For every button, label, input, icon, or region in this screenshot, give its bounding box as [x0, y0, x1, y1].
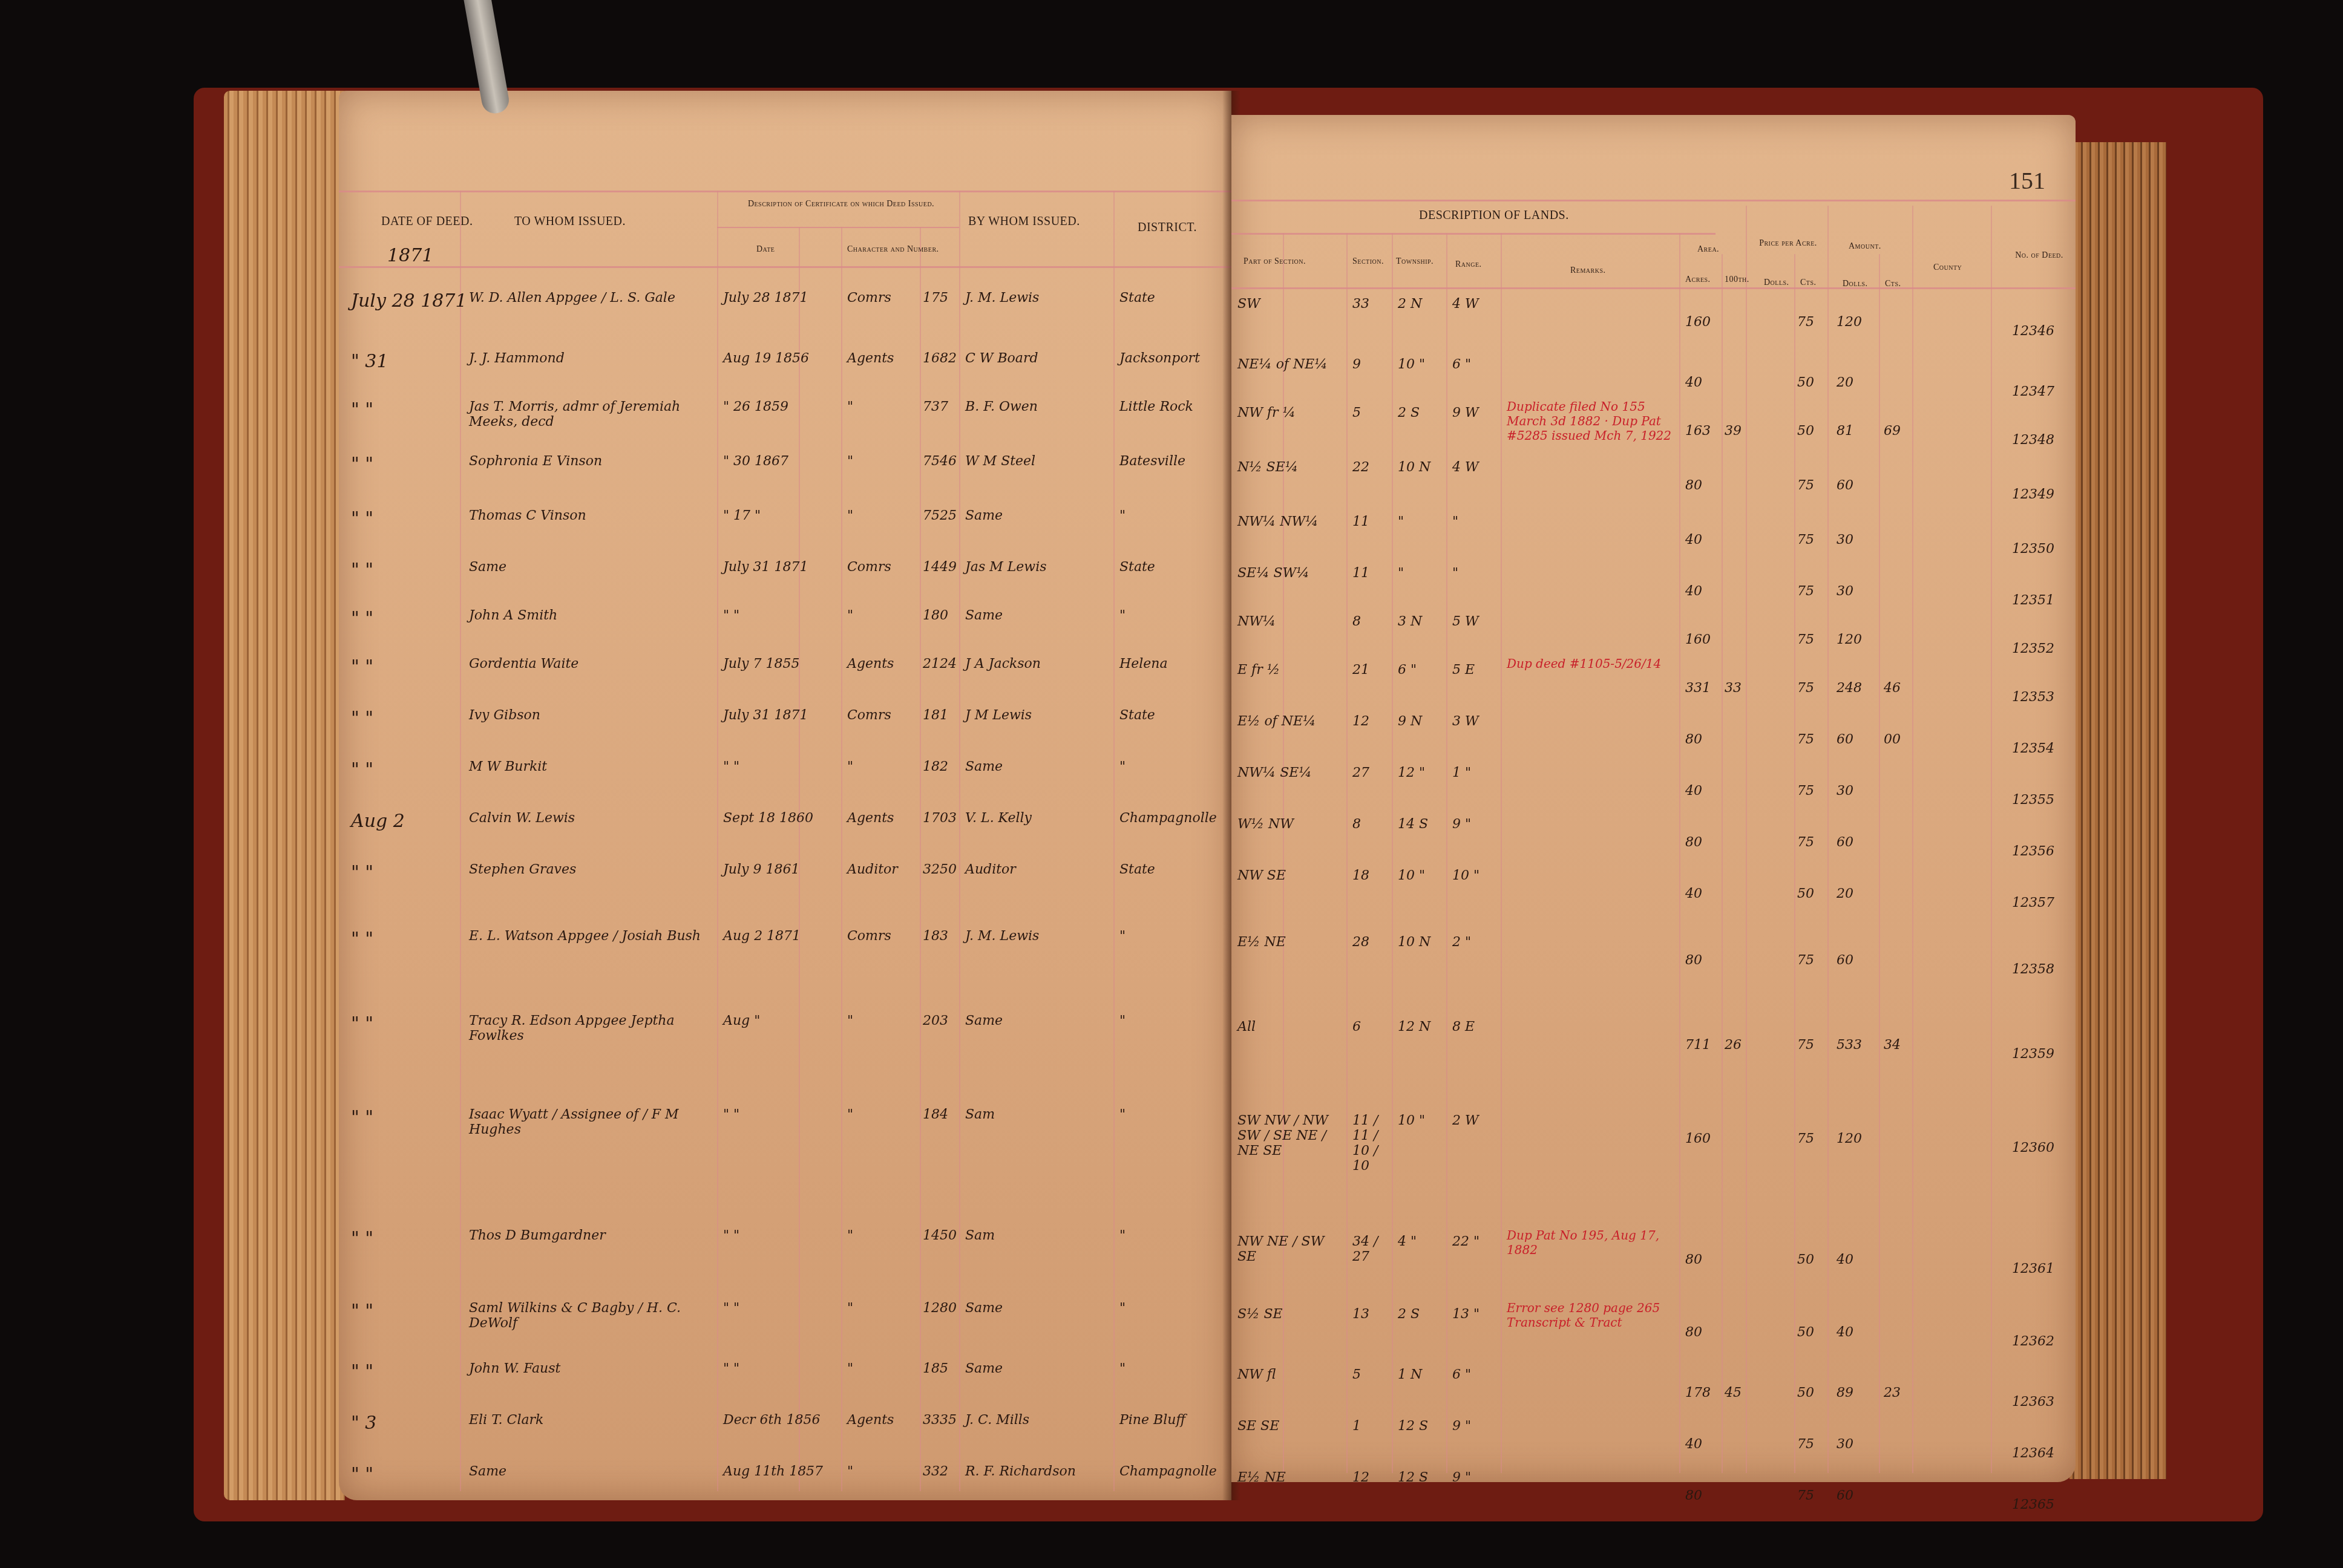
header-district: DISTRICT. — [1138, 221, 1197, 235]
certificate-type: Comrs — [847, 708, 891, 723]
col-rule — [1113, 191, 1115, 1491]
grantee-name: Gordentia Waite — [469, 656, 711, 671]
deed-date: " " — [351, 759, 373, 780]
deed-number: 12352 — [2012, 641, 2054, 656]
col-rule — [1346, 233, 1348, 1473]
certificate-number: 181 — [923, 708, 948, 723]
issued-by: J. M. Lewis — [965, 929, 1039, 944]
township: 2 S — [1398, 405, 1420, 420]
section: 34 / 27 — [1352, 1234, 1389, 1264]
certificate-number: 203 — [923, 1013, 948, 1028]
certificate-date: Aug " — [723, 1013, 760, 1028]
area-acres: 40 — [1685, 532, 1702, 547]
price-per-acre: 75 — [1797, 478, 1814, 493]
header-cert-date: Date — [756, 245, 775, 255]
area-hundredths: 26 — [1725, 1037, 1742, 1053]
col-rule — [1912, 206, 1913, 1473]
header-acres: Acres. — [1685, 275, 1711, 285]
deed-number: 12346 — [2012, 324, 2054, 339]
amount-dollars: 120 — [1837, 1131, 1862, 1146]
certificate-type: Agents — [847, 811, 894, 826]
certificate-date: " 30 1867 — [723, 454, 788, 469]
header-amount-dolls: Dolls. — [1843, 279, 1868, 289]
certificate-number: 332 — [923, 1464, 948, 1479]
part-of-section: E½ of NE¼ — [1237, 714, 1343, 729]
deed-number: 12356 — [2012, 844, 2054, 859]
range: 1 " — [1452, 765, 1471, 780]
price-per-acre: 75 — [1797, 1488, 1814, 1503]
range: 5 W — [1452, 614, 1479, 629]
deed-number: 12365 — [2012, 1497, 2054, 1512]
amount-dollars: 20 — [1837, 886, 1853, 901]
header-rule-top — [1231, 200, 2076, 201]
price-per-acre: 75 — [1797, 584, 1814, 599]
range: 2 W — [1452, 1113, 1479, 1128]
section: 11 / 11 / 10 / 10 — [1352, 1113, 1389, 1174]
price-per-acre: 75 — [1797, 1437, 1814, 1452]
part-of-section: E½ NE — [1237, 935, 1343, 950]
left-page: DATE OF DEED. TO WHOM ISSUED. Descriptio… — [339, 91, 1231, 1500]
header-area: Area. — [1697, 245, 1719, 255]
certificate-number: 185 — [923, 1361, 948, 1376]
district: Pine Bluff — [1119, 1413, 1185, 1428]
certificate-type: Auditor — [847, 862, 898, 877]
part-of-section: NE¼ of NE¼ — [1237, 357, 1343, 372]
amount-cents: 69 — [1884, 423, 1901, 439]
amount-dollars: 89 — [1837, 1385, 1853, 1400]
range: 5 E — [1452, 662, 1475, 678]
deed-date: " " — [351, 1107, 373, 1128]
township: 10 N — [1398, 935, 1430, 950]
district: " — [1119, 1361, 1126, 1376]
range: 9 " — [1452, 1419, 1471, 1434]
range: 9 W — [1452, 405, 1479, 420]
certificate-type: " — [847, 1013, 853, 1028]
section: 22 — [1352, 460, 1389, 475]
grantee-name: Calvin W. Lewis — [469, 811, 711, 826]
district: State — [1119, 560, 1155, 575]
township: 2 S — [1398, 1307, 1420, 1322]
amount-dollars: 20 — [1837, 375, 1853, 390]
certificate-number: 2124 — [923, 656, 957, 671]
header-amount-cts: Cts. — [1885, 279, 1901, 289]
section: 8 — [1352, 614, 1389, 629]
deed-date: " " — [351, 560, 373, 581]
deed-date: " " — [351, 608, 373, 629]
col-rule — [1827, 206, 1829, 1473]
area-acres: 80 — [1685, 1325, 1702, 1340]
township: " — [1398, 566, 1404, 581]
area-acres: 40 — [1685, 584, 1702, 599]
deed-date: July 28 1871 — [351, 290, 467, 312]
deed-number: 12350 — [2012, 541, 2054, 557]
area-acres: 80 — [1685, 835, 1702, 850]
range: 8 E — [1452, 1019, 1475, 1034]
header-hundredths: 100th. — [1725, 275, 1749, 285]
deed-date: " " — [351, 1228, 373, 1249]
part-of-section: SW NW / NW SW / SE NE / NE SE — [1237, 1113, 1343, 1158]
section: 12 — [1352, 714, 1389, 729]
township: 12 " — [1398, 765, 1425, 780]
district: " — [1119, 1107, 1126, 1122]
certificate-date: " " — [723, 759, 739, 774]
part-of-section: NW SE — [1237, 868, 1343, 883]
header-part-of-section: Part of Section. — [1244, 257, 1306, 267]
certificate-number: 1703 — [923, 811, 957, 826]
certificate-number: 183 — [923, 929, 948, 944]
certificate-date: " 17 " — [723, 508, 761, 523]
certificate-number: 180 — [923, 608, 948, 623]
township: 2 N — [1398, 296, 1422, 312]
price-per-acre: 75 — [1797, 1131, 1814, 1146]
district: " — [1119, 1228, 1126, 1243]
range: 3 W — [1452, 714, 1479, 729]
area-acres: 80 — [1685, 732, 1702, 747]
col-rule — [920, 227, 921, 1491]
township: 12 S — [1398, 1470, 1428, 1485]
deed-number: 12363 — [2012, 1394, 2054, 1410]
section: 5 — [1352, 1367, 1389, 1382]
part-of-section: E½ NE — [1237, 1470, 1343, 1485]
price-per-acre: 50 — [1797, 1252, 1814, 1267]
price-per-acre: 75 — [1797, 953, 1814, 968]
grantee-name: Ivy Gibson — [469, 708, 711, 723]
area-acres: 80 — [1685, 478, 1702, 493]
issued-by: J. M. Lewis — [965, 290, 1039, 305]
amount-dollars: 40 — [1837, 1325, 1853, 1340]
col-rule — [1679, 233, 1680, 1473]
col-rule — [1794, 254, 1795, 1473]
part-of-section: SE SE — [1237, 1419, 1343, 1434]
area-acres: 40 — [1685, 1437, 1702, 1452]
grantee-name: Saml Wilkins & C Bagby / H. C. DeWolf — [469, 1301, 711, 1331]
col-rule — [460, 191, 461, 1491]
range: 4 W — [1452, 460, 1479, 475]
township: 10 N — [1398, 460, 1430, 475]
grantee-name: Thomas C Vinson — [469, 508, 711, 523]
issued-by: B. F. Owen — [965, 399, 1038, 414]
amount-cents: 00 — [1884, 732, 1901, 747]
area-hundredths: 45 — [1725, 1385, 1742, 1400]
section: 21 — [1352, 662, 1389, 678]
deed-number: 12351 — [2012, 593, 2054, 608]
col-rule — [1392, 233, 1393, 1473]
section: 18 — [1352, 868, 1389, 883]
remarks-annotation: Dup Pat No 195, Aug 17, 1882 — [1507, 1228, 1676, 1257]
deed-number: 12359 — [2012, 1047, 2054, 1062]
price-per-acre: 50 — [1797, 423, 1814, 439]
grantee-name: Same — [469, 1464, 711, 1479]
header-date-of-deed: DATE OF DEED. — [381, 215, 473, 229]
col-rule — [841, 227, 842, 1491]
amount-dollars: 30 — [1837, 1437, 1853, 1452]
part-of-section: NW¼ SE¼ — [1237, 765, 1343, 780]
certificate-date: " " — [723, 1107, 739, 1122]
amount-dollars: 60 — [1837, 1488, 1853, 1503]
deed-number: 12349 — [2012, 487, 2054, 502]
deed-date: Aug 2 — [351, 811, 405, 832]
amount-cents: 23 — [1884, 1385, 1901, 1400]
amount-dollars: 533 — [1837, 1037, 1862, 1053]
certificate-type: " — [847, 1107, 853, 1122]
amount-dollars: 60 — [1837, 953, 1853, 968]
section: 1 — [1352, 1419, 1389, 1434]
area-acres: 40 — [1685, 886, 1702, 901]
price-per-acre: 50 — [1797, 1385, 1814, 1400]
range: " — [1452, 566, 1458, 581]
col-rule — [1879, 254, 1880, 1473]
price-per-acre: 75 — [1797, 315, 1814, 330]
area-acres: 40 — [1685, 375, 1702, 390]
range: 6 " — [1452, 357, 1471, 372]
certificate-number: 3250 — [923, 862, 957, 877]
amount-dollars: 60 — [1837, 732, 1853, 747]
certificate-date: Aug 2 1871 — [723, 929, 801, 944]
grantee-name: Thos D Bumgardner — [469, 1228, 711, 1243]
header-to-whom-issued: TO WHOM ISSUED. — [514, 215, 626, 229]
amount-dollars: 120 — [1837, 315, 1862, 330]
amount-cents: 46 — [1884, 681, 1901, 696]
header-price-cts: Cts. — [1800, 278, 1817, 288]
col-rule — [959, 191, 960, 1491]
grantee-name: Jas T. Morris, admr of Jeremiah Meeks, d… — [469, 399, 711, 430]
header-amount: Amount. — [1849, 242, 1881, 252]
price-per-acre: 75 — [1797, 835, 1814, 850]
part-of-section: NW¼ — [1237, 614, 1343, 629]
deed-date: " " — [351, 929, 373, 950]
col-rule — [1446, 233, 1447, 1473]
header-rule-top — [339, 191, 1231, 192]
certificate-date: " " — [723, 1301, 739, 1316]
range: 4 W — [1452, 296, 1479, 312]
area-acres: 711 — [1685, 1037, 1711, 1053]
certificate-type: " — [847, 608, 853, 623]
certificate-type: " — [847, 759, 853, 774]
township: 6 " — [1398, 662, 1417, 678]
deed-number: 12347 — [2012, 384, 2054, 399]
township: 12 N — [1398, 1019, 1430, 1034]
deed-number: 12357 — [2012, 895, 2054, 910]
area-acres: 331 — [1685, 681, 1711, 696]
deed-date: " " — [351, 1464, 373, 1485]
price-per-acre: 75 — [1797, 532, 1814, 547]
range: 22 " — [1452, 1234, 1480, 1249]
certificate-date: July 31 1871 — [723, 560, 808, 575]
deed-date: " " — [351, 656, 373, 678]
district: Champagnolle — [1119, 1464, 1217, 1479]
deed-date: " " — [351, 1361, 373, 1382]
grantee-name: Same — [469, 560, 711, 575]
township: 10 " — [1398, 868, 1425, 883]
district: State — [1119, 708, 1155, 723]
certificate-date: " " — [723, 1361, 739, 1376]
part-of-section: W½ NW — [1237, 817, 1343, 832]
amount-dollars: 120 — [1837, 632, 1862, 647]
col-rule — [799, 227, 800, 1491]
range: 9 " — [1452, 817, 1471, 832]
price-per-acre: 75 — [1797, 1037, 1814, 1053]
township: " — [1398, 514, 1404, 529]
section: 11 — [1352, 514, 1389, 529]
grantee-name: J. J. Hammond — [469, 351, 711, 366]
certificate-number: 182 — [923, 759, 948, 774]
amount-dollars: 248 — [1837, 681, 1862, 696]
certificate-type: " — [847, 1361, 853, 1376]
cert-subheader-rule — [717, 227, 959, 228]
certificate-number: 737 — [923, 399, 948, 414]
certificate-date: July 28 1871 — [723, 290, 808, 305]
remarks-annotation: Dup deed #1105-5/26/14 — [1507, 656, 1676, 671]
area-acres: 160 — [1685, 632, 1711, 647]
district: " — [1119, 1301, 1126, 1316]
issued-by: J M Lewis — [965, 708, 1032, 723]
issued-by: W M Steel — [965, 454, 1035, 469]
header-remarks: Remarks. — [1570, 266, 1606, 276]
section: 5 — [1352, 405, 1389, 420]
section: 8 — [1352, 817, 1389, 832]
issued-by: Jas M Lewis — [965, 560, 1047, 575]
header-range: Range. — [1455, 260, 1482, 270]
grantee-name: Eli T. Clark — [469, 1413, 711, 1428]
deed-date: " " — [351, 454, 373, 475]
issued-by: V. L. Kelly — [965, 811, 1032, 826]
issued-by: Same — [965, 1361, 1003, 1376]
range: 9 " — [1452, 1470, 1471, 1485]
section: 9 — [1352, 357, 1389, 372]
part-of-section: NW fr ¼ — [1237, 405, 1343, 420]
certificate-number: 7525 — [923, 508, 957, 523]
part-of-section: NW¼ NW¼ — [1237, 514, 1343, 529]
township: 3 N — [1398, 614, 1422, 629]
district: State — [1119, 290, 1155, 305]
amount-dollars: 60 — [1837, 478, 1853, 493]
area-acres: 178 — [1685, 1385, 1711, 1400]
section: 27 — [1352, 765, 1389, 780]
col-rule — [717, 191, 718, 1491]
part-of-section: S½ SE — [1237, 1307, 1343, 1322]
issued-by: Same — [965, 508, 1003, 523]
area-acres: 80 — [1685, 1252, 1702, 1267]
amount-dollars: 30 — [1837, 532, 1853, 547]
section: 33 — [1352, 296, 1389, 312]
certificate-number: 1682 — [923, 351, 957, 366]
part-of-section: NW NE / SW SE — [1237, 1234, 1343, 1264]
range: 6 " — [1452, 1367, 1471, 1382]
header-rule-mid — [1231, 233, 1715, 235]
page-edges-right — [2069, 142, 2166, 1479]
deed-number: 12348 — [2012, 433, 2054, 448]
district: Little Rock — [1119, 399, 1193, 414]
area-acres: 80 — [1685, 953, 1702, 968]
certificate-number: 1449 — [923, 560, 957, 575]
part-of-section: SW — [1237, 296, 1343, 312]
certificate-number: 175 — [923, 290, 948, 305]
deed-number: 12364 — [2012, 1446, 2054, 1461]
col-rule — [1746, 206, 1747, 1473]
certificate-number: 7546 — [923, 454, 957, 469]
certificate-type: " — [847, 1301, 853, 1316]
deed-number: 12358 — [2012, 962, 2054, 977]
part-of-section: All — [1237, 1019, 1343, 1034]
district: " — [1119, 608, 1126, 623]
header-cert-character-number: Character and Number. — [847, 245, 939, 255]
section: 6 — [1352, 1019, 1389, 1034]
deed-date: " " — [351, 708, 373, 729]
certificate-date: Sept 18 1860 — [723, 811, 813, 826]
certificate-type: Agents — [847, 351, 894, 366]
col-rule — [1991, 206, 1992, 1473]
amount-cents: 34 — [1884, 1037, 1901, 1053]
deed-date: " " — [351, 399, 373, 420]
part-of-section: NW fl — [1237, 1367, 1343, 1382]
issued-by: Sam — [965, 1107, 995, 1122]
grantee-name: M W Burkit — [469, 759, 711, 774]
issued-by: C W Board — [965, 351, 1038, 366]
section: 12 — [1352, 1470, 1389, 1485]
township: 1 N — [1398, 1367, 1422, 1382]
district: Jacksonport — [1119, 351, 1200, 366]
certificate-number: 184 — [923, 1107, 948, 1122]
township: 14 S — [1398, 817, 1428, 832]
certificate-date: July 9 1861 — [723, 862, 799, 877]
certificate-number: 1280 — [923, 1301, 957, 1316]
certificate-date: Decr 6th 1856 — [723, 1413, 820, 1428]
price-per-acre: 75 — [1797, 732, 1814, 747]
price-per-acre: 75 — [1797, 632, 1814, 647]
certificate-type: " — [847, 1464, 853, 1479]
certificate-type: Comrs — [847, 290, 891, 305]
remarks-annotation: Error see 1280 page 265 Transcript & Tra… — [1507, 1301, 1676, 1330]
district: State — [1119, 862, 1155, 877]
certificate-date: Aug 19 1856 — [723, 351, 809, 366]
grantee-name: John A Smith — [469, 608, 711, 623]
area-acres: 160 — [1685, 1131, 1711, 1146]
certificate-type: Comrs — [847, 560, 891, 575]
district: " — [1119, 929, 1126, 944]
part-of-section: N½ SE¼ — [1237, 460, 1343, 475]
deed-number: 12362 — [2012, 1334, 2054, 1349]
issued-by: J A Jackson — [965, 656, 1041, 671]
range: " — [1452, 514, 1458, 529]
issued-by: Same — [965, 1301, 1003, 1316]
header-rule-bottom — [1231, 287, 2076, 289]
area-acres: 163 — [1685, 423, 1711, 439]
certificate-number: 3335 — [923, 1413, 957, 1428]
district: " — [1119, 1013, 1126, 1028]
certificate-type: Comrs — [847, 929, 891, 944]
township: 10 " — [1398, 357, 1425, 372]
certificate-type: " — [847, 399, 853, 414]
page-number: 151 — [2009, 166, 2045, 195]
header-section: Section. — [1352, 257, 1384, 267]
certificate-type: " — [847, 454, 853, 469]
certificate-date: " 26 1859 — [723, 399, 788, 414]
township: 4 " — [1398, 1234, 1417, 1249]
township: 12 S — [1398, 1419, 1428, 1434]
issued-by: Same — [965, 608, 1003, 623]
page-edges-left — [224, 91, 345, 1500]
price-per-acre: 75 — [1797, 681, 1814, 696]
amount-dollars: 30 — [1837, 584, 1853, 599]
township: 9 N — [1398, 714, 1422, 729]
price-per-acre: 75 — [1797, 783, 1814, 799]
certificate-date: " " — [723, 1228, 739, 1243]
certificate-type: Agents — [847, 1413, 894, 1428]
header-rule-bottom — [339, 266, 1231, 268]
header-township: Township. — [1396, 257, 1434, 267]
grantee-name: W. D. Allen Appgee / L. S. Gale — [469, 290, 711, 305]
district: " — [1119, 508, 1126, 523]
